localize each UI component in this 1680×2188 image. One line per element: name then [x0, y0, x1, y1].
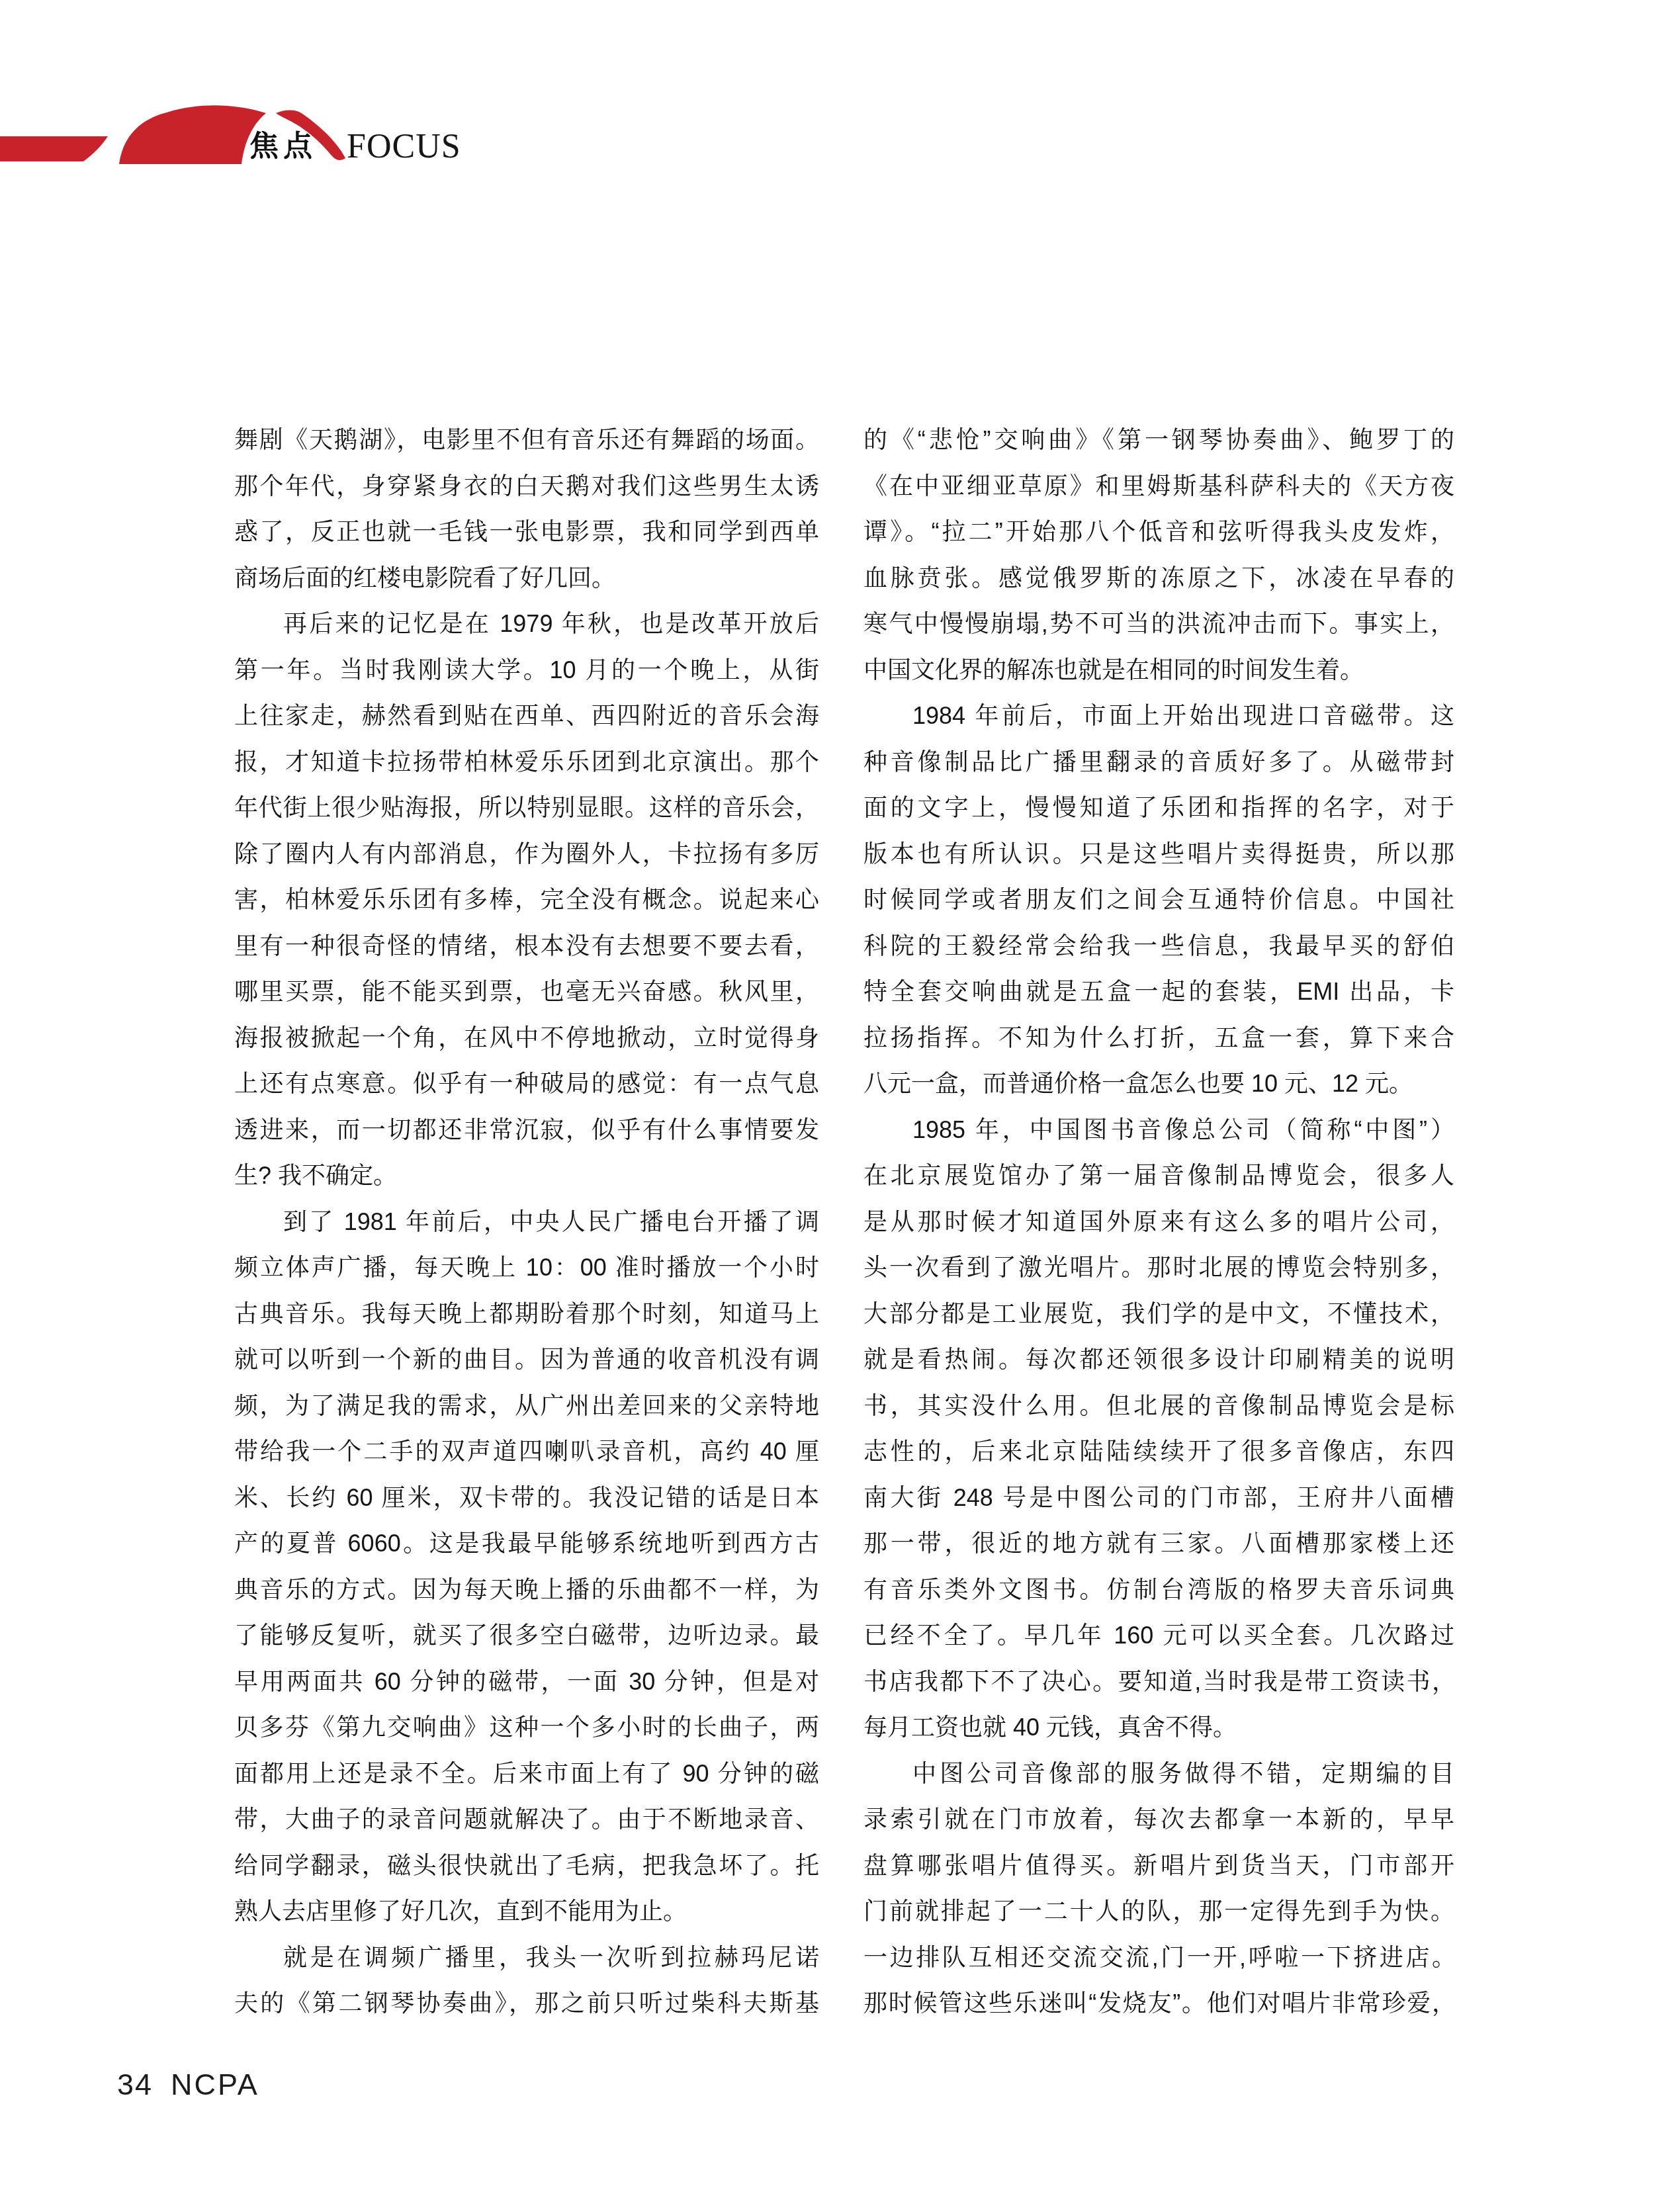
text-line: 商场后面的红楼电影院看了好几回。 — [234, 555, 819, 601]
text-line: 志性的，后来北京陆陆续续开了很多音像店，东四 — [863, 1428, 1454, 1475]
text-line: 米、长约 60 厘米，双卡带的。我没记错的话是日本 — [234, 1475, 819, 1521]
text-line: 海报被掀起一个角，在风中不停地掀动，立时觉得身 — [234, 1015, 819, 1061]
text-line: 《在中亚细亚草原》和里姆斯基科萨科夫的《天方夜 — [863, 463, 1454, 509]
section-title-english: FOCUS — [347, 130, 461, 164]
text-line: 带，大曲子的录音问题就解决了。由于不断地录音、 — [234, 1796, 819, 1843]
article-column-right: 的《“悲怆”交响曲》《第一钢琴协奏曲》、鲍罗丁的《在中亚细亚草原》和里姆斯基科萨… — [863, 417, 1454, 2027]
text-line: 版本也有所认识。只是这些唱片卖得挺贵，所以那 — [863, 831, 1454, 877]
text-line: 了能够反复听，就买了很多空白磁带，边听边录。最 — [234, 1612, 819, 1659]
text-line: 再后来的记忆是在 1979 年秋，也是改革开放后 — [234, 601, 819, 647]
text-line: 种音像制品比广播里翻录的音质好多了。从磁带封 — [863, 739, 1454, 785]
text-line: 已经不全了。早几年 160 元可以买全套。几次路过 — [863, 1612, 1454, 1659]
text-line: 生? 我不确定。 — [234, 1153, 819, 1199]
text-line: 典音乐的方式。因为每天晚上播的乐曲都不一样，为 — [234, 1567, 819, 1613]
text-line: 在北京展览馆办了第一届音像制品博览会，很多人 — [863, 1153, 1454, 1199]
text-line: 第一年。当时我刚读大学。10 月的一个晚上，从街 — [234, 647, 819, 693]
page-footer: 34 NCPA — [117, 2070, 259, 2099]
text-line: 特全套交响曲就是五盒一起的套装，EMI 出品，卡 — [863, 969, 1454, 1015]
text-line: 一边排队互相还交流交流,门一开,呼啦一下挤进店。 — [863, 1935, 1454, 1981]
text-line: 贝多芬《第九交响曲》这种一个多小时的长曲子，两 — [234, 1704, 819, 1751]
text-line: 带给我一个二手的双声道四喇叭录音机，高约 40 厘 — [234, 1428, 819, 1475]
text-line: 就是在调频广播里，我头一次听到拉赫玛尼诺 — [234, 1935, 819, 1981]
text-line: 上还有点寒意。似乎有一种破局的感觉：有一点气息 — [234, 1061, 819, 1107]
text-line: 早用两面共 60 分钟的磁带，一面 30 分钟，但是对 — [234, 1659, 819, 1705]
text-line: 头一次看到了激光唱片。那时北展的博览会特别多， — [863, 1245, 1454, 1291]
text-line: 到了 1981 年前后，中央人民广播电台开播了调 — [234, 1199, 819, 1245]
text-line: 惑了，反正也就一毛钱一张电影票，我和同学到西单 — [234, 509, 819, 555]
header-swoosh-graphic — [0, 0, 1680, 218]
text-line: 门前就排起了一二十人的队，那一定得先到手为快。 — [863, 1888, 1454, 1935]
text-line: 拉扬指挥。不知为什么打折，五盒一套，算下来合 — [863, 1015, 1454, 1061]
text-line: 南大街 248 号是中图公司的门市部，王府井八面槽 — [863, 1475, 1454, 1521]
text-line: 就可以听到一个新的曲目。因为普通的收音机没有调 — [234, 1336, 819, 1383]
text-line: 里有一种很奇怪的情绪，根本没有去想要不要去看， — [234, 923, 819, 969]
text-line: 科院的王毅经常会给我一些信息，我最早买的舒伯 — [863, 923, 1454, 969]
text-line: 古典音乐。我每天晚上都期盼着那个时刻，知道马上 — [234, 1291, 819, 1337]
red-bar — [0, 136, 108, 161]
text-line: 1985 年，中国图书音像总公司（简称“中图”） — [863, 1107, 1454, 1153]
text-line: 中图公司音像部的服务做得不错，定期编的目 — [863, 1751, 1454, 1797]
text-line: 上往家走，赫然看到贴在西单、西四附近的音乐会海 — [234, 693, 819, 739]
magazine-page: 焦点 FOCUS 舞剧《天鹅湖》，电影里不但有音乐还有舞蹈的场面。那个年代，身穿… — [0, 0, 1680, 2188]
text-line: 那个年代，身穿紧身衣的白天鹅对我们这些男生太诱 — [234, 463, 819, 509]
text-line: 有音乐类外文图书。仿制台湾版的格罗夫音乐词典 — [863, 1567, 1454, 1613]
swoosh-left-icon — [119, 105, 266, 164]
text-line: 时候同学或者朋友们之间会互通特价信息。中国社 — [863, 877, 1454, 923]
text-line: 中国文化界的解冻也就是在相同的时间发生着。 — [863, 647, 1454, 693]
text-line: 的《“悲怆”交响曲》《第一钢琴协奏曲》、鲍罗丁的 — [863, 417, 1454, 463]
text-line: 面都用上还是录不全。后来市面上有了 90 分钟的磁 — [234, 1751, 819, 1797]
article-column-left: 舞剧《天鹅湖》，电影里不但有音乐还有舞蹈的场面。那个年代，身穿紧身衣的白天鹅对我… — [234, 417, 819, 2027]
text-line: 那一带，很近的地方就有三家。八面槽那家楼上还 — [863, 1520, 1454, 1567]
section-title-chinese: 焦点 — [249, 132, 317, 161]
text-line: 频立体声广播，每天晚上 10：00 准时播放一个小时 — [234, 1245, 819, 1291]
text-line: 书，其实没什么用。但北展的音像制品博览会是标 — [863, 1383, 1454, 1429]
text-line: 录索引就在门市放着，每次去都拿一本新的，早早 — [863, 1796, 1454, 1843]
text-line: 除了圈内人有内部消息，作为圈外人，卡拉扬有多厉 — [234, 831, 819, 877]
text-line: 大部分都是工业展览，我们学的是中文，不懂技术， — [863, 1291, 1454, 1337]
text-line: 每月工资也就 40 元钱，真舍不得。 — [863, 1704, 1454, 1751]
text-line: 年代街上很少贴海报，所以特别显眼。这样的音乐会， — [234, 785, 819, 831]
text-line: 熟人去店里修了好几次，直到不能用为止。 — [234, 1888, 819, 1935]
text-line: 是从那时候才知道国外原来有这么多的唱片公司， — [863, 1199, 1454, 1245]
text-line: 面的文字上，慢慢知道了乐团和指挥的名字，对于 — [863, 785, 1454, 831]
text-line: 书店我都下不了决心。要知道,当时我是带工资读书， — [863, 1659, 1454, 1705]
text-line: 报，才知道卡拉扬带柏林爱乐乐团到北京演出。那个 — [234, 739, 819, 785]
text-line: 就是看热闹。每次都还领很多设计印刷精美的说明 — [863, 1336, 1454, 1383]
text-line: 害，柏林爱乐乐团有多棒，完全没有概念。说起来心 — [234, 877, 819, 923]
text-line: 频，为了满足我的需求，从广州出差回来的父亲特地 — [234, 1383, 819, 1429]
text-line: 1984 年前后，市面上开始出现进口音磁带。这 — [863, 693, 1454, 739]
text-line: 谭》。“拉二”开始那八个低音和弦听得我头皮发炸， — [863, 509, 1454, 555]
text-line: 给同学翻录，磁头很快就出了毛病，把我急坏了。托 — [234, 1843, 819, 1889]
text-line: 那时候管这些乐迷叫“发烧友”。他们对唱片非常珍爱， — [863, 1980, 1454, 2027]
text-line: 哪里买票，能不能买到票，也毫无兴奋感。秋风里， — [234, 969, 819, 1015]
text-line: 产的夏普 6060。这是我最早能够系统地听到西方古 — [234, 1520, 819, 1567]
text-line: 盘算哪张唱片值得买。新唱片到货当天，门市部开 — [863, 1843, 1454, 1889]
text-line: 透进来，而一切都还非常沉寂，似乎有什么事情要发 — [234, 1107, 819, 1153]
journal-abbreviation: NCPA — [171, 2070, 259, 2099]
text-line: 夫的《第二钢琴协奏曲》，那之前只听过柴科夫斯基 — [234, 1980, 819, 2027]
text-line: 血脉贲张。感觉俄罗斯的冻原之下，冰凌在早春的 — [863, 555, 1454, 601]
text-line: 寒气中慢慢崩塌,势不可当的洪流冲击而下。事实上， — [863, 601, 1454, 647]
text-line: 八元一盒，而普通价格一盒怎么也要 10 元、12 元。 — [863, 1061, 1454, 1107]
text-line: 舞剧《天鹅湖》，电影里不但有音乐还有舞蹈的场面。 — [234, 417, 819, 463]
page-number: 34 — [117, 2070, 153, 2099]
